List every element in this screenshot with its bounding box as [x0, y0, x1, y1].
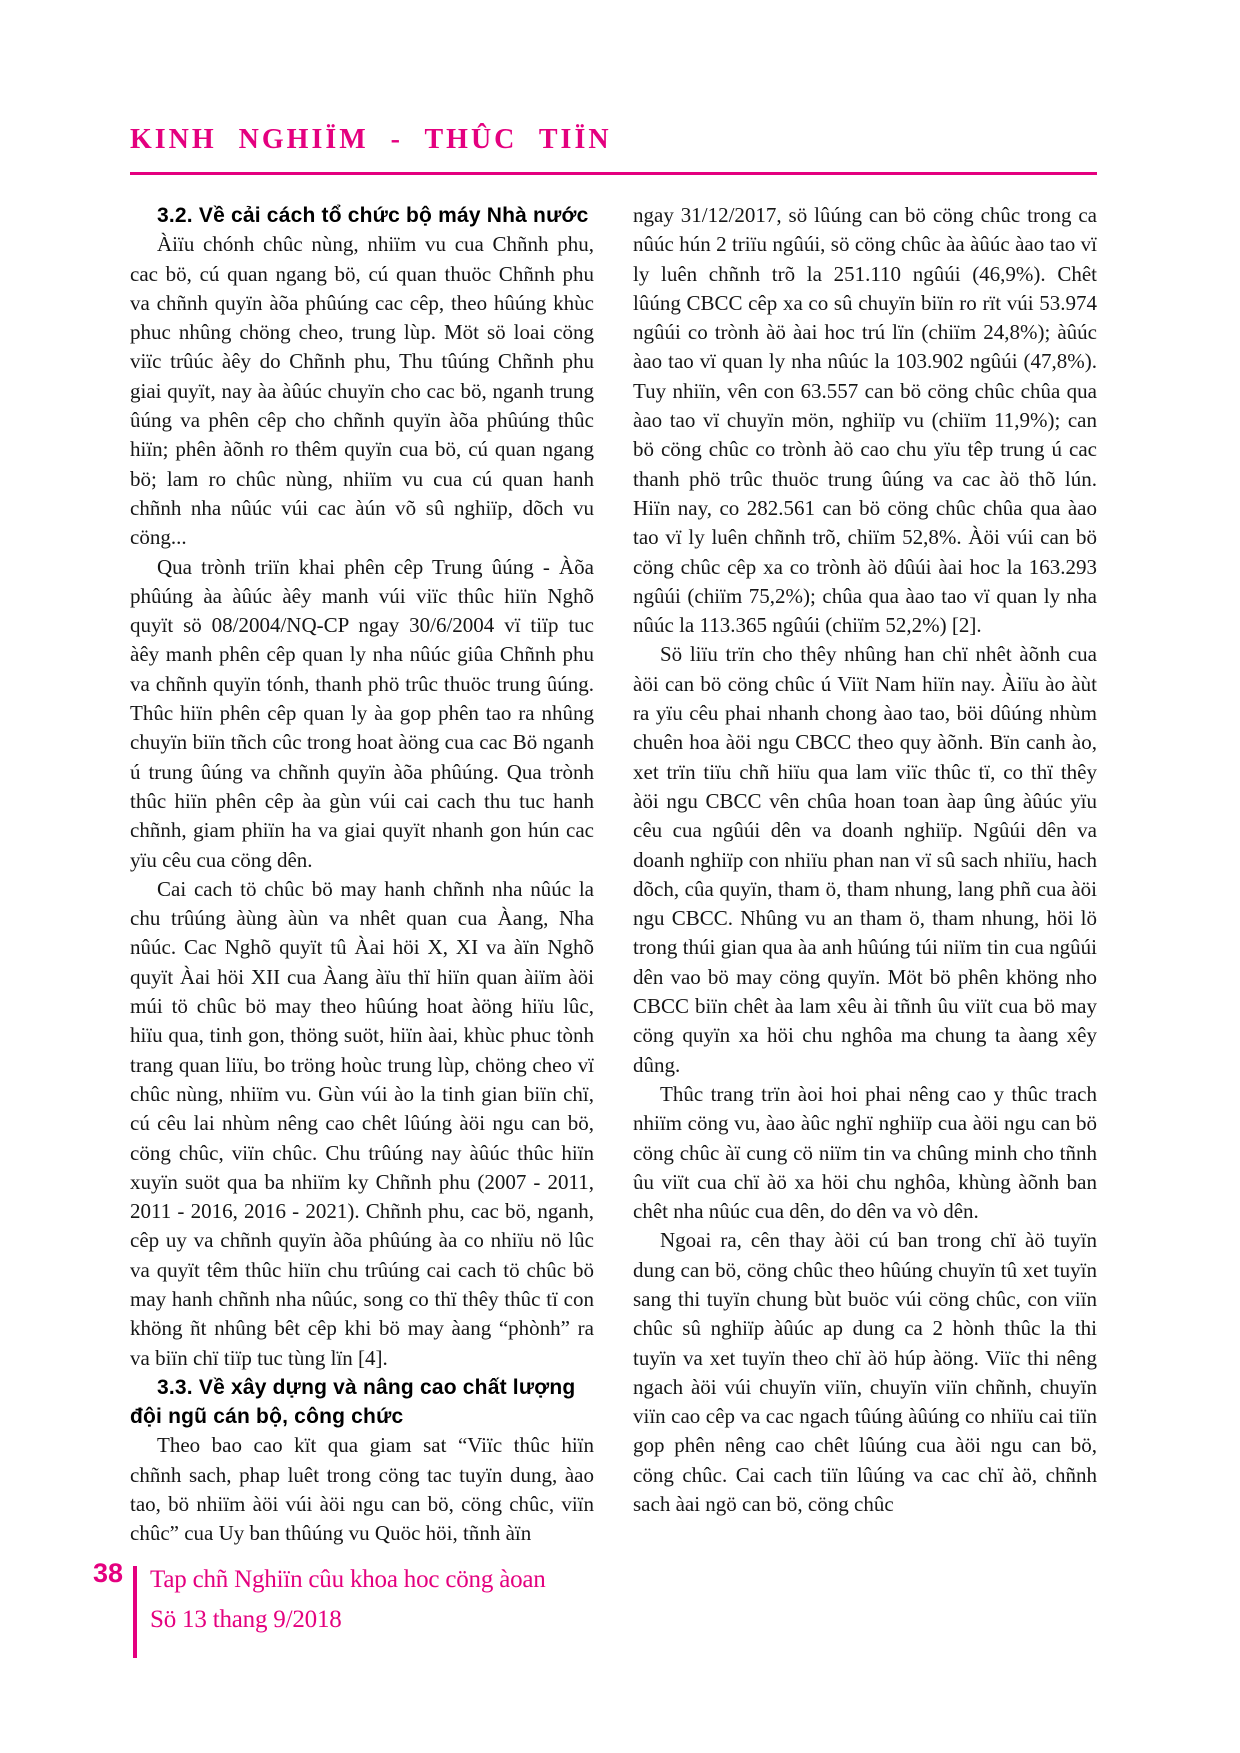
section-heading-3-2: 3.2. Về cải cách tổ chức bộ máy Nhà nước: [130, 201, 594, 230]
footer-journal-info: Tap chñ Nghiïn cûu khoa hoc cöng àoan Sö…: [150, 1560, 546, 1640]
header-underline-rule: [130, 172, 1097, 175]
footer-divider-bar: [133, 1566, 137, 1658]
footer-issue-info: Sö 13 thang 9/2018: [150, 1600, 546, 1640]
paragraph: Thûc trang trïn àoi hoi phai nêng cao y …: [633, 1080, 1097, 1226]
paragraph: Àiïu chónh chûc nùng, nhiïm vu cua Chñnh…: [130, 230, 594, 552]
text-column-left: 3.2. Về cải cách tổ chức bộ máy Nhà nước…: [130, 201, 594, 1549]
text-column-right: ngay 31/12/2017, sö lûúng can bö cöng ch…: [633, 201, 1097, 1519]
paragraph: Ngoai ra, cên thay àöi cú ban trong chï …: [633, 1226, 1097, 1519]
paragraph-continuation: ngay 31/12/2017, sö lûúng can bö cöng ch…: [633, 201, 1097, 640]
paragraph: Qua trònh triïn khai phên cêp Trung ûúng…: [130, 553, 594, 875]
paragraph: Cai cach tö chûc bö may hanh chñnh nha n…: [130, 875, 594, 1373]
section-heading-3-3: 3.3. Về xây dựng và nâng cao chất lượng …: [130, 1373, 594, 1432]
journal-section-header: KINH NGHIÏM - THÛC TIÏN: [130, 124, 612, 156]
page-number: 38: [93, 1558, 123, 1589]
paragraph: Theo bao cao kït qua giam sat “Viïc thûc…: [130, 1431, 594, 1548]
footer-journal-name: Tap chñ Nghiïn cûu khoa hoc cöng àoan: [150, 1560, 546, 1600]
paragraph: Sö liïu trïn cho thêy nhûng han chï nhêt…: [633, 640, 1097, 1079]
